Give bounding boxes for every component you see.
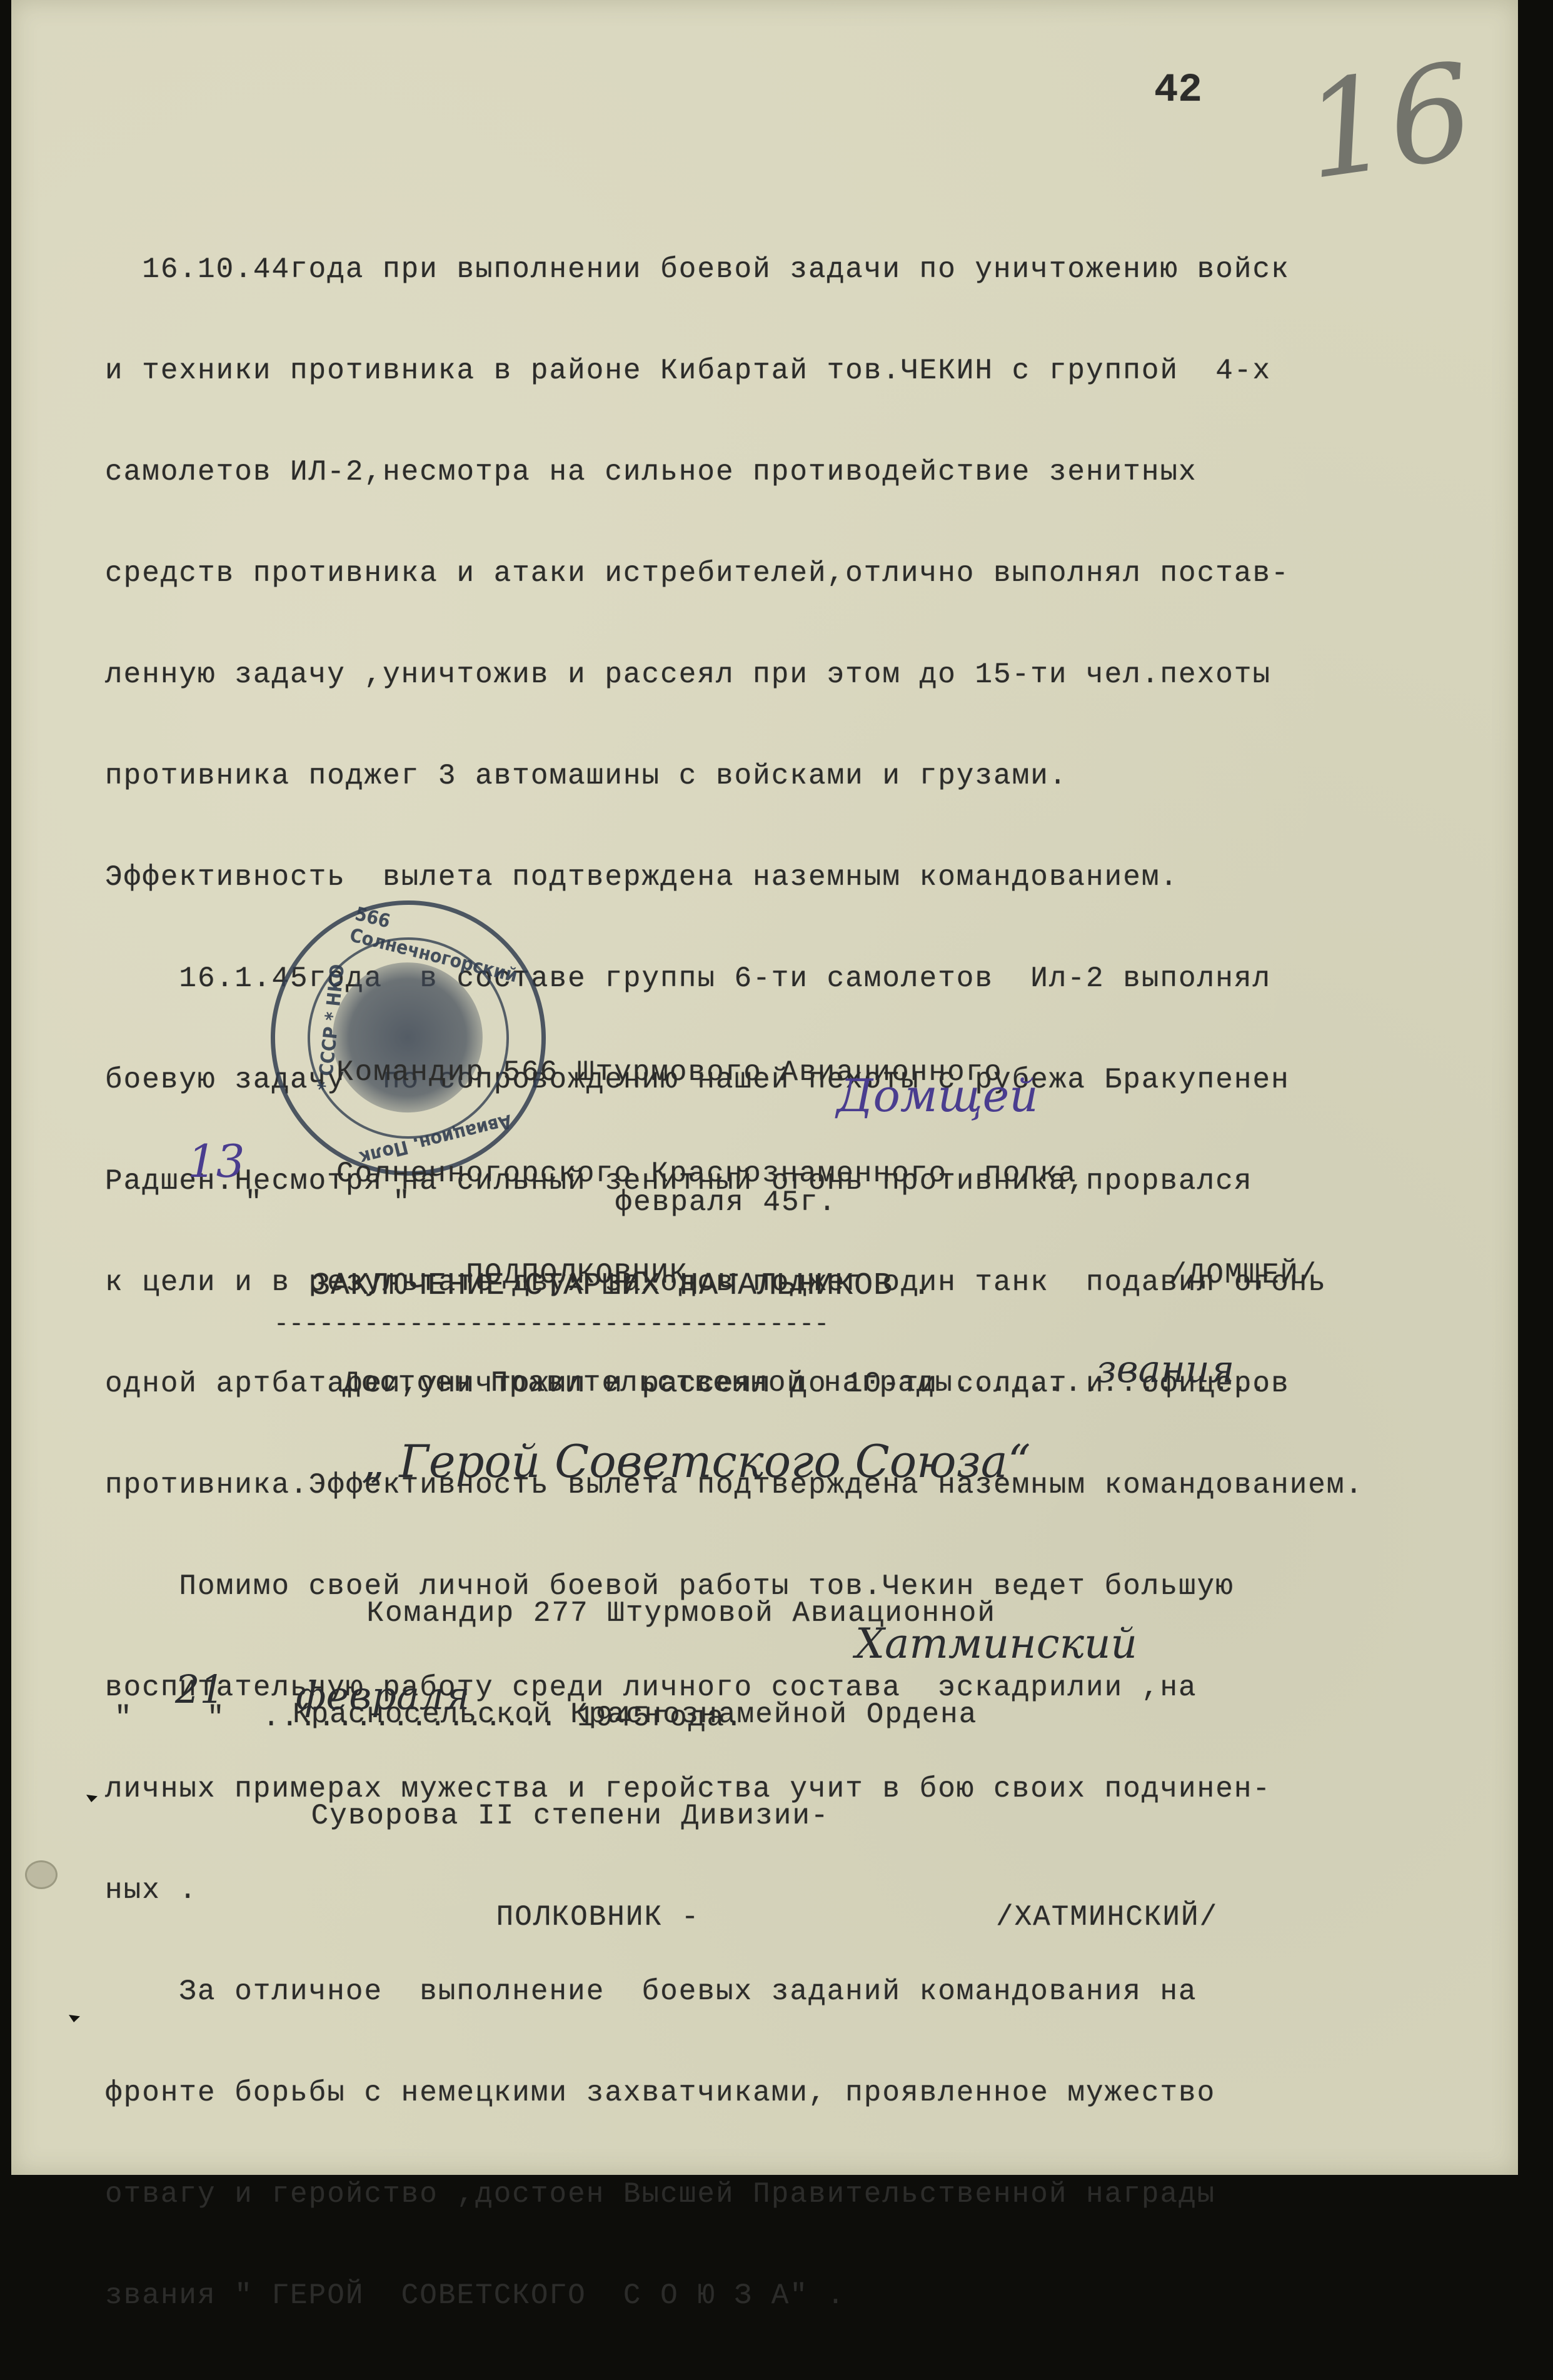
date-quote-marks: " " [244, 1186, 411, 1219]
division-commander-signature: Хатминский [855, 1620, 1137, 1668]
narrative-line: самолетов ИЛ-2,несмотра на сильное проти… [105, 455, 1364, 489]
regiment-date-line: " " февраля 45г. [171, 1152, 837, 1253]
narrative-line: фронте борьбы с немецкими захватчиками, … [105, 2076, 1364, 2110]
narrative-line: и техники противника в районе Кибартай т… [105, 354, 1364, 388]
heading-underline: ------------------------------------- [274, 1308, 829, 1342]
award-rank-handwritten: звания [1096, 1348, 1234, 1391]
senior-commanders-heading: ЗАКЛЮЧЕНИЕ СТАРШИХ НАЧАЛЬНИКОВ . [311, 1269, 932, 1303]
page-number: 42 [1154, 74, 1202, 108]
date-month-year: февраля 45г. [411, 1186, 837, 1219]
archival-document-page: 42 16 16.10.44года при выполнении боевой… [11, 0, 1518, 2175]
division-title-line: Суворова II степени Дивизии- [293, 1799, 1218, 1833]
regiment-date-day-handwritten: 13 [188, 1135, 245, 1187]
narrative-line: средств противника и атаки истребителей,… [105, 557, 1364, 590]
division-date-day-handwritten: 21 [175, 1667, 224, 1712]
punch-hole [25, 1860, 58, 1889]
folio-mark-handwritten: 16 [1297, 45, 1481, 198]
division-rank-line: ПОЛКОВНИК - /ХАТМИНСКИЙ/ [293, 1900, 1218, 1934]
commander-title-line: Командир 566 Штурмового Авиационного [336, 1056, 1317, 1089]
narrative-line: Эффективность вылета подтверждена наземн… [105, 860, 1364, 894]
division-commander-signature-block: Командир 277 Штурмовой Авиационной Красн… [293, 1529, 1218, 2002]
award-title-handwritten: „ Герой Советского Союза“ [361, 1435, 1031, 1488]
division-date-month-handwritten: февраля [296, 1673, 470, 1718]
narrative-line: отвагу и геройство ,достоен Высшей Прави… [105, 2177, 1364, 2186]
regiment-commander-signature: Домщей [837, 1069, 1038, 1122]
narrative-line: ленную задачу ,уничтожив и рассеял при э… [105, 658, 1364, 692]
paper-tear-mark [86, 1795, 98, 1802]
paper-tear-mark [69, 2015, 80, 2022]
narrative-line: 16.10.44года при выполнении боевой задач… [105, 253, 1364, 286]
narrative-line: противника поджег 3 автомашины с войскам… [105, 759, 1364, 793]
